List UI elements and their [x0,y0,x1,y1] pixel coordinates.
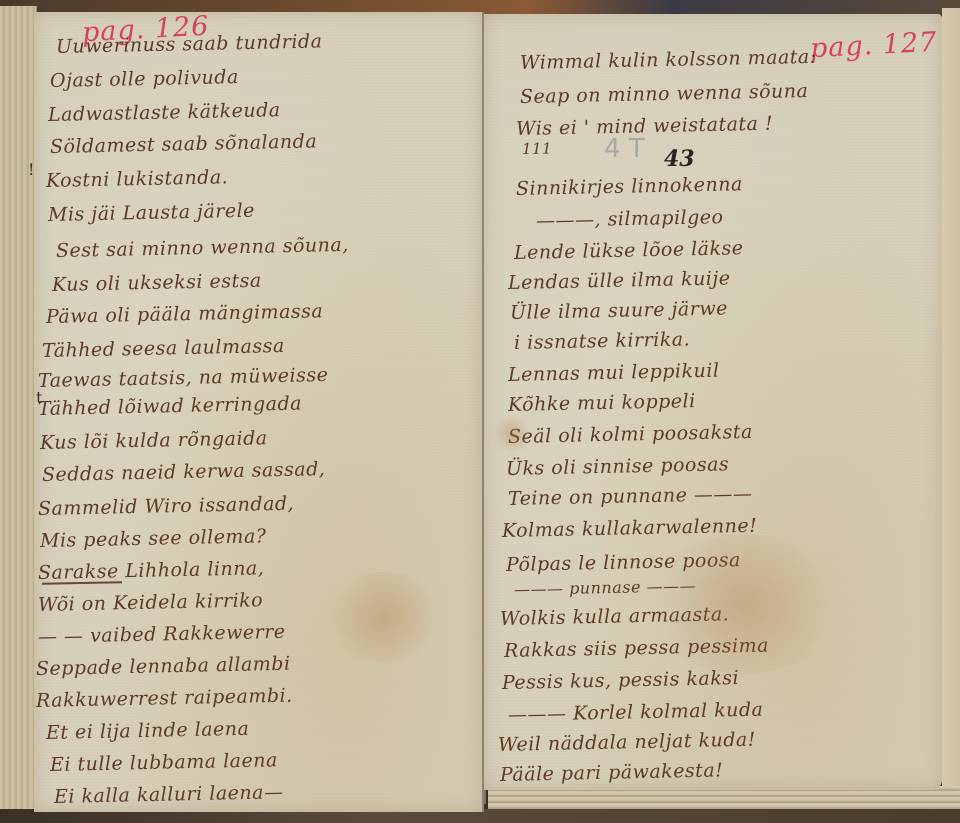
manuscript-line: Et ei lija linde laena [46,718,250,744]
manuscript-line: Kus oli ukseksi estsa [52,270,262,296]
manuscript-line: ———, silmapilgeo [536,206,724,232]
right-page: pag. 127 4 T 43 Wimmal kulin kolsson maa… [484,14,942,790]
ink-number-mark: 43 [664,146,695,172]
manuscript-line: Ojast olle polivuda [50,66,239,92]
manuscript-line: Lendas ülle ilma kuije [508,267,731,294]
manuscript-line: Sarakse Lihhola linna, [38,557,265,584]
paper-stain [492,414,532,454]
manuscript-line: Kus lõi kulda rõngaida [40,427,268,454]
manuscript-line: Söldamest saab sõnalanda [50,130,318,158]
manuscript-line: Seddas naeid kerwa sassad, [42,458,326,486]
manuscript-line: Wimmal kulin kolsson maata: [520,46,817,74]
manuscript-line: Üks oli sinnise poosas [506,453,730,480]
manuscript-line: Ei tulle lubbama laena [50,749,278,776]
page-stack-left [0,6,37,814]
margin-mark: ! [28,160,34,179]
manuscript-line: i issnatse kirrika. [514,328,691,354]
manuscript-line: Ladwastlaste kätkeuda [48,99,281,126]
manuscript-line: Tähhed seesa laulmassa [42,335,285,362]
manuscript-line: Lende lükse lõoe läkse [514,237,744,264]
page-number-right: pag. 127 [809,27,938,65]
manuscript-line: Uuwerinuss saab tundrida [56,30,323,58]
manuscript-line: Päwa oli pääla mängimassa [46,300,324,328]
pencil-scribble: 4 T [604,134,645,164]
manuscript-line: Ülle ilma suure järwe [510,297,728,324]
manuscript-line: Wis ei ' mind weistatata ! [516,113,774,140]
manuscript-line: Mis jäi Lausta järele [48,200,255,226]
manuscript-line: Mis peaks see ollema? [40,525,267,552]
manuscript-line: Sinnikirjes linnokenna [516,173,743,200]
manuscript-line: Seap on minno wenna sõuna [520,80,809,108]
paper-stain [644,534,844,674]
manuscript-line: — — vaibed Rakkewerre [38,621,286,648]
manuscript-line: Pääle pari päwakesta! [500,759,724,786]
manuscript-line: Wõi on Keidela kirriko [38,589,264,616]
manuscript-line: Ei kalla kalluri laena— [54,781,284,808]
paper-stain [324,572,444,662]
manuscript-line: ——— Korlel kolmal kuda [508,699,764,726]
manuscript-line: Lennas mui leppikuil [508,360,720,386]
manuscript-line: Seppade lennaba allambi [36,653,291,680]
manuscript-line: Kõhke mui koppeli [508,390,696,416]
manuscript-line: Teine on punnane ——— [508,483,753,510]
manuscript-line: Pessis kus, pessis kaksi [502,667,739,694]
manuscript-line: Weil näddala neljat kuda! [498,729,756,756]
margin-mark: t [36,388,42,407]
manuscript-line: Rakkuwerrest raipeambi. [36,685,293,712]
manuscript-line: Tähhed lõiwad kerringada [38,392,302,420]
manuscript-line: Taewas taatsis, na müweisse [38,364,329,392]
underline-mark [42,581,122,584]
page-stack-right [942,8,960,808]
left-page: pag. 126 Uuwerinuss saab tundrida Ojast … [34,12,484,812]
manuscript-line: Sest sai minno wenna sõuna, [56,234,349,262]
manuscript-line: 111 [522,139,553,158]
manuscript-line: Seäl oli kolmi poosaksta [508,421,753,448]
manuscript-line: Kostni lukistanda. [46,166,229,192]
manuscript-line: Sammelid Wiro issandad, [38,493,295,520]
